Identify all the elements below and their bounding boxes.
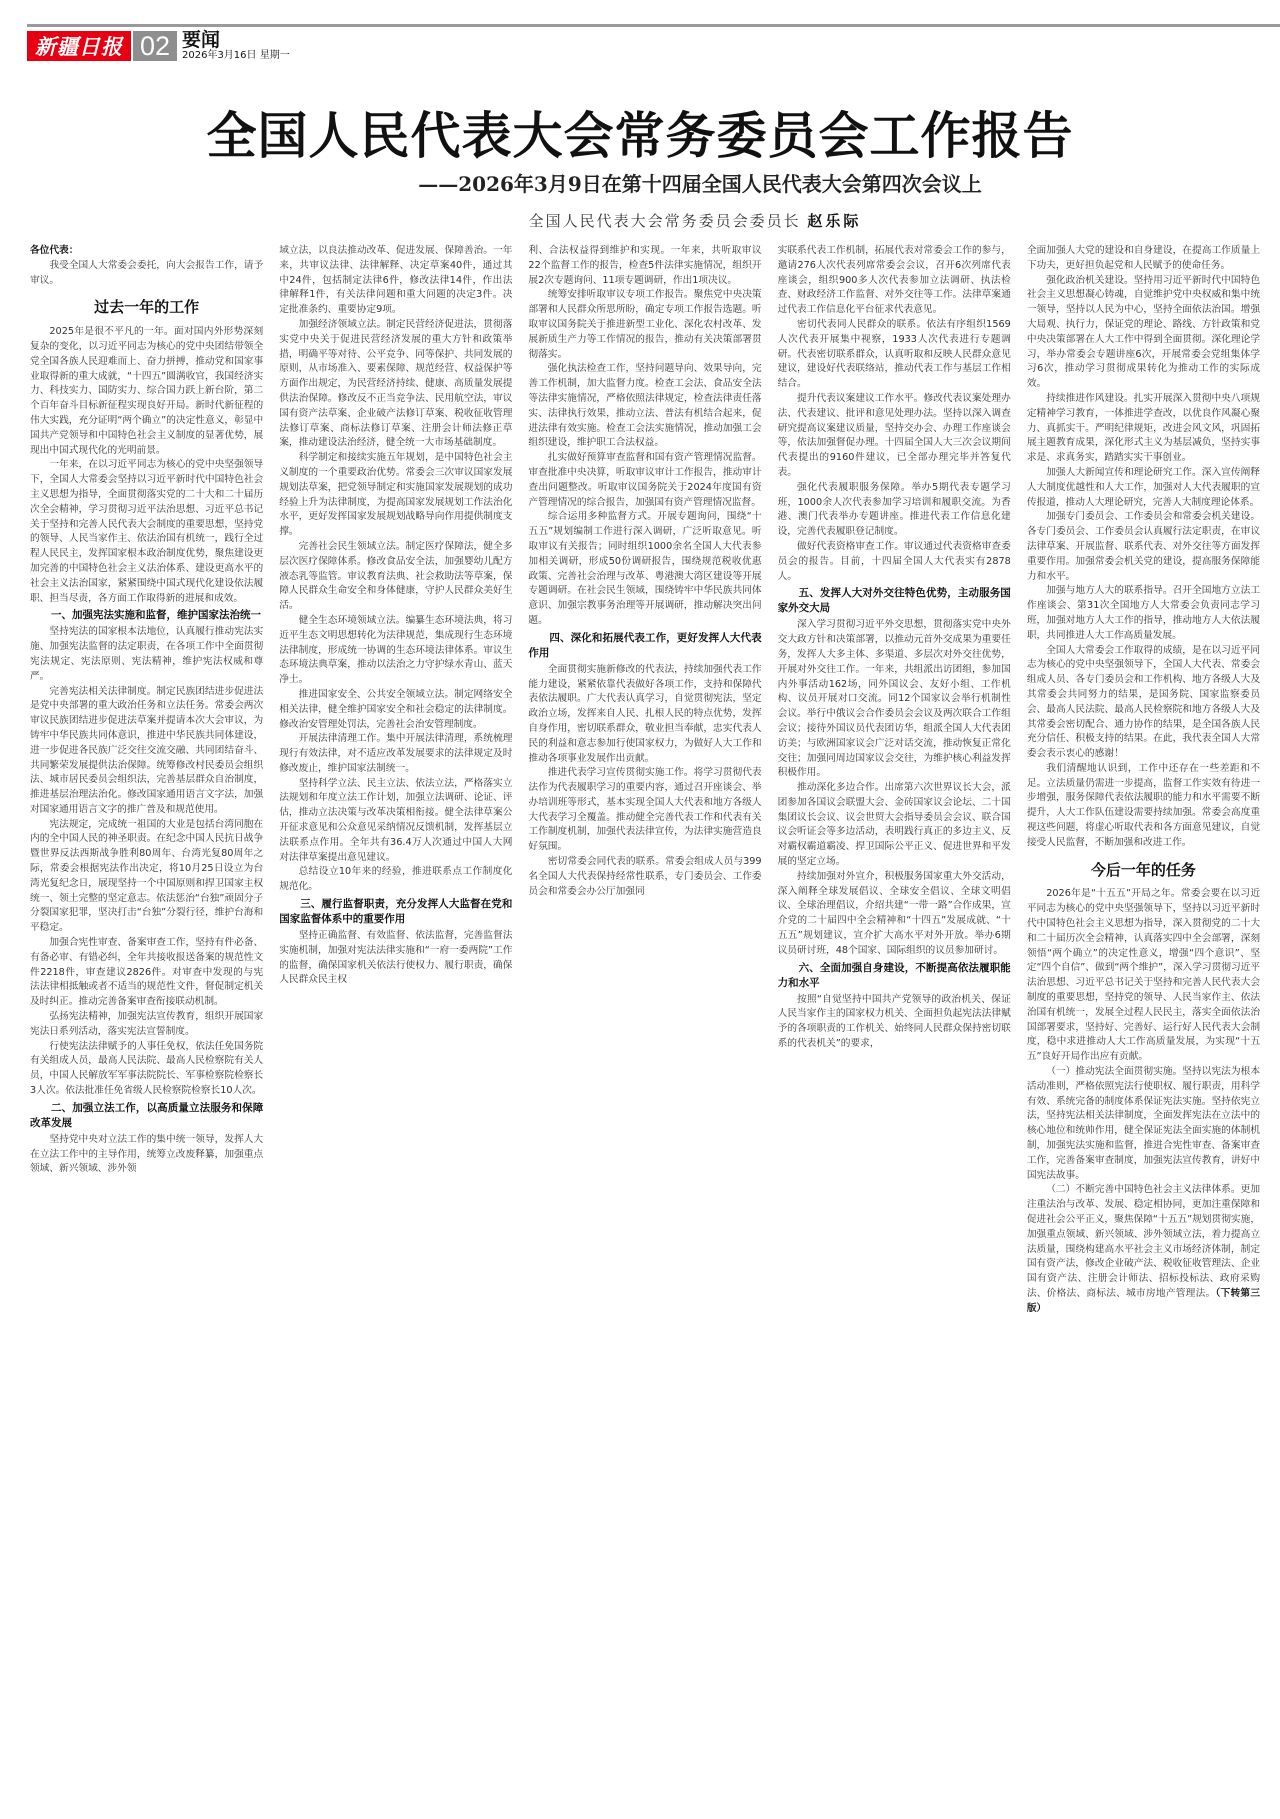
- article-column-5: 全面加强人大党的建设和自身建设，在提高工作质量上下功夫，更好担负起党和人民赋予的…: [1027, 244, 1260, 1814]
- section-name: 要闻: [182, 31, 290, 50]
- paragraph: 按照“自觉坚持中国共产党领导的政治机关、保证人民当家作主的国家权力机关、全面担负…: [778, 993, 1011, 1052]
- article-subheadline: ——2026年3月9日在第十四届全国人民代表大会第四次会议上: [0, 168, 1280, 197]
- continued-on-page-link[interactable]: （下转第三版）: [1027, 1288, 1260, 1314]
- paragraph: 扎实做好预算审查监督和国有资产管理情况监督。审查批准中央决算，听取审议审计工作报…: [528, 451, 761, 510]
- paragraph: 提升代表议案建议工作水平。修改代表议案处理办法、代表建议、批评和意见处理办法。坚…: [778, 392, 1011, 481]
- paragraph: 全国人大常委会工作取得的成绩，是在以习近平同志为核心的党中央坚强领导下，全国人大…: [1027, 644, 1260, 762]
- paragraph: 弘扬宪法精神，加强宪法宣传教育，组织开展国家宪法日系列活动，落实宪法宣誓制度。: [30, 1010, 263, 1040]
- paragraph: 综合运用多种监督方式。开展专题询问，围绕“十五五”规划编制工作进行深入调研，广泛…: [528, 510, 761, 628]
- paragraph: 宪法规定，完成统一祖国的大业是包括台湾同胞在内的全中国人民的神圣职责。在纪念中国…: [30, 818, 263, 936]
- paragraph: 开展法律清理工作。集中开展法律清理，系统梳理现行有效法律，对不适应改革发展要求的…: [279, 732, 512, 776]
- section-info: 要闻 2026年3月16日 星期一: [182, 31, 290, 61]
- paragraph: 我受全国人大常委会委托，向大会报告工作，请予审议。: [30, 259, 263, 289]
- paragraph: 全面贯彻实施新修改的代表法，持续加强代表工作能力建设，紧紧依靠代表做好各项工作，…: [528, 663, 761, 767]
- paragraph: 完善社会民生领域立法。制定医疗保障法，健全多层次医疗保障体系。修改食品安全法，加…: [279, 540, 512, 614]
- paragraph: 密切常委会同代表的联系。常委会组成人员与399名全国人大代表保持经常性联系，专门…: [528, 855, 761, 899]
- subsection-heading: 四、深化和拓展代表工作，更好发挥人大代表作用: [528, 631, 761, 661]
- page-number-badge: 02: [133, 31, 177, 61]
- paragraph: 2026年是“十五五”开局之年。常委会要在以习近平同志为核心的党中央坚强领导下，…: [1027, 887, 1260, 1065]
- paragraph: 坚持党中央对立法工作的集中统一领导，发挥人大在立法工作中的主导作用，统筹立改废释…: [30, 1133, 263, 1177]
- subsection-heading: 六、全面加强自身建设，不断提高依法履职能力和水平: [778, 961, 1011, 991]
- subsection-heading: 二、加强立法工作，以高质量立法服务和保障改革发展: [30, 1101, 263, 1131]
- paragraph: 强化代表履职服务保障。举办5期代表专题学习班，1000余人次代表参加学习培训和履…: [778, 481, 1011, 540]
- paragraph: 2025年是很不平凡的一年。面对国内外形势深刻复杂的变化，以习近平同志为核心的党…: [30, 325, 263, 458]
- paragraph: 健全生态环境领域立法。编纂生态环境法典，将习近平生态文明思想转化为法律规范，集成…: [279, 614, 512, 688]
- article-column-1: 各位代表：我受全国人大常委会委托，向大会报告工作，请予审议。过去一年的工作202…: [30, 244, 263, 1814]
- paragraph: 加强人大新闻宣传和理论研究工作。深入宣传阐释人大制度优越性和人大工作，加强对人大…: [1027, 466, 1260, 510]
- subsection-heading: 三、履行监督职责，充分发挥人大监督在党和国家监督体系中的重要作用: [279, 897, 512, 927]
- paragraph: 推动深化多边合作。出席第六次世界议长大会，派团参加各国议会联盟大会、金砖国家议会…: [778, 781, 1011, 870]
- issue-date: 2026年3月16日 星期一: [182, 50, 290, 61]
- paragraph: 坚持正确监督、有效监督、依法监督，完善监督法实施机制，加强对宪法法律实施和“一府…: [279, 929, 512, 988]
- paragraph: 总结设立10年来的经验，推进联系点工作制度化规范化。: [279, 865, 512, 895]
- article-byline: 全国人民代表大会常务委员会委员长 赵乐际: [0, 210, 1280, 231]
- subsection-heading: 一、加强宪法实施和监督，维护国家法治统一: [30, 608, 263, 623]
- paragraph: 加强专门委员会、工作委员会和常委会机关建设。各专门委员会、工作委员会认真履行法定…: [1027, 510, 1260, 584]
- paragraph: 我们清醒地认识到，工作中还存在一些差距和不足。立法质量仍需进一步提高，监督工作实…: [1027, 762, 1260, 851]
- paragraph: 坚持宪法的国家根本法地位，认真履行推动宪法实施、加强宪法监督的法定职责，在各项工…: [30, 625, 263, 684]
- paragraph: 行使宪法法律赋予的人事任免权，依法任免国务院有关组成人员，最高人民法院、最高人民…: [30, 1040, 263, 1099]
- paragraph: 域立法，以良法推动改革、促进发展、保障善治。一年来，共审议法律、法律解释、决定草…: [279, 244, 512, 318]
- paragraph: 密切代表同人民群众的联系。依法有序组织1569人次代表开展集中视察，1933人次…: [778, 318, 1011, 392]
- section-heading: 过去一年的工作: [30, 300, 263, 315]
- paragraph: 完善宪法相关法律制度。制定民族团结进步促进法是党中央部署的重大政治任务和立法任务…: [30, 685, 263, 818]
- masthead-top-rule: [27, 24, 1280, 27]
- paragraph: 持续加强对外宣介，积极服务国家重大外交活动，深入阐释全球发展倡议、全球安全倡议、…: [778, 870, 1011, 959]
- paragraph: 持续推进作风建设。扎实开展深入贯彻中央八项规定精神学习教育，一体推进学查改，以优…: [1027, 392, 1260, 466]
- article-column-4: 实联系代表工作机制，拓展代表对常委会工作的参与，邀请276人次代表列席常委会会议…: [778, 244, 1011, 1814]
- paragraph: 深入学习贯彻习近平外交思想，贯彻落实党中央外交大政方针和决策部署，以推动元首外交…: [778, 618, 1011, 781]
- paragraph: 加强与地方人大的联系指导。召开全国地方立法工作座谈会、第31次全国地方人大常委会…: [1027, 584, 1260, 643]
- paragraph: 科学制定和接续实施五年规划，是中国特色社会主义制度的一个重要政治优势。常委会三次…: [279, 451, 512, 540]
- paragraph: 强化执法检查工作，坚持问题导向、效果导向，完善工作机制，加大监督力度。检查工会法…: [528, 362, 761, 451]
- article-headline: 全国人民代表大会常务委员会工作报告: [0, 96, 1280, 168]
- paragraph: 加强合宪性审查、备案审查工作，坚持有件必备、有备必审、有错必纠，全年共接收报送备…: [30, 936, 263, 1010]
- paragraph: 坚持科学立法、民主立法、依法立法，严格落实立法规划和年度立法工作计划，加强立法调…: [279, 777, 512, 866]
- paragraph: 做好代表资格审查工作。审议通过代表资格审查委员会的报告。目前，十四届全国人大代表…: [778, 540, 1011, 584]
- section-heading: 今后一年的任务: [1027, 863, 1260, 878]
- paragraph: 强化政治机关建设。坚持用习近平新时代中国特色社会主义思想凝心铸魂，自觉维护党中央…: [1027, 274, 1260, 392]
- paragraph: 加强经济领域立法。制定民营经济促进法，贯彻落实党中央关于促进民营经济发展的重大方…: [279, 318, 512, 451]
- paragraph: 统筹安排听取审议专项工作报告。聚焦党中央决策部署和人民群众所思所盼，确定专项工作…: [528, 288, 761, 362]
- article-body: 各位代表：我受全国人大常委会委托，向大会报告工作，请予审议。过去一年的工作202…: [30, 244, 1260, 1814]
- paragraph: （二）不断完善中国特色社会主义法律体系。更加注重法治与改革、发展、稳定相协同，更…: [1027, 1183, 1260, 1316]
- article-column-2: 域立法，以良法推动改革、促进发展、保障善治。一年来，共审议法律、法律解释、决定草…: [279, 244, 512, 1814]
- paragraph: 实联系代表工作机制，拓展代表对常委会工作的参与，邀请276人次代表列席常委会会议…: [778, 244, 1011, 318]
- masthead: 新疆日报 02 要闻 2026年3月16日 星期一: [27, 31, 290, 61]
- paragraph: 利、合法权益得到维护和实现。一年来，共听取审议22个监督工作的报告，检查5件法律…: [528, 244, 761, 288]
- byline-title: 全国人民代表大会常务委员会委员长: [529, 212, 801, 230]
- paragraph: （一）推动宪法全面贯彻实施。坚持以宪法为根本活动准则，严格依照宪法行使职权、履行…: [1027, 1065, 1260, 1183]
- paragraph: 一年来，在以习近平同志为核心的党中央坚强领导下，全国人大常委会坚持以习近平新时代…: [30, 458, 263, 606]
- subsection-heading: 五、发挥人大对外交往特色优势，主动服务国家外交大局: [778, 586, 1011, 616]
- paragraph: 全面加强人大党的建设和自身建设，在提高工作质量上下功夫，更好担负起党和人民赋予的…: [1027, 244, 1260, 274]
- article-column-3: 利、合法权益得到维护和实现。一年来，共听取审议22个监督工作的报告，检查5件法律…: [528, 244, 761, 1814]
- paragraph: 推进国家安全、公共安全领域立法。制定网络安全相关法律，健全维护国家安全和社会稳定…: [279, 688, 512, 732]
- byline-name: 赵乐际: [807, 212, 861, 230]
- newspaper-logo[interactable]: 新疆日报: [27, 31, 131, 61]
- paragraph: 推进代表学习宣传贯彻实施工作。将学习贯彻代表法作为代表履职学习的重要内容，通过召…: [528, 766, 761, 855]
- salutation: 各位代表：: [30, 244, 263, 259]
